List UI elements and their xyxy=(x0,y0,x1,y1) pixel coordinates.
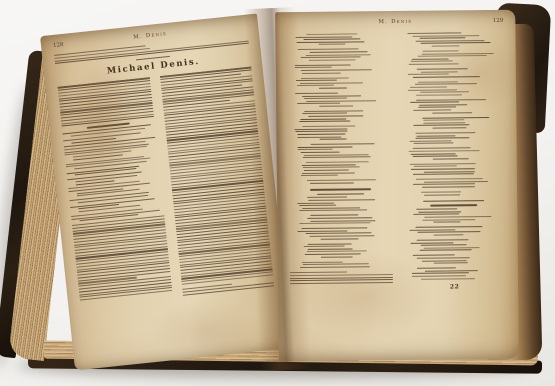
poem-title-bar xyxy=(423,200,485,202)
text-block xyxy=(159,67,273,285)
right-running-header: M. Denis 129 xyxy=(287,18,503,30)
right-page: M. Denis 129 22 xyxy=(275,10,519,361)
left-page-number: 128 xyxy=(53,41,76,49)
signature-mark: 22 xyxy=(403,282,506,290)
left-page-column-1 xyxy=(57,78,175,336)
left-header-spacer xyxy=(225,27,247,29)
right-page-column-2: 22 xyxy=(400,32,506,353)
verse-block xyxy=(289,196,393,267)
footnote-block xyxy=(290,274,393,285)
verse-block xyxy=(402,208,506,279)
footnote-rule xyxy=(290,271,347,273)
right-running-title: M. Denis xyxy=(378,19,412,25)
bibliography-list xyxy=(62,124,163,222)
right-page-number: 129 xyxy=(481,18,503,24)
book-photo: 128 M. Denis Michael Denis. M. Denis xyxy=(0,0,555,386)
verse-block xyxy=(287,33,392,184)
poem-subtitle-bar xyxy=(317,193,364,195)
left-page-column-2 xyxy=(159,67,277,325)
left-page: 128 M. Denis Michael Denis. xyxy=(40,14,292,371)
verse-block xyxy=(400,32,505,196)
right-page-column-1 xyxy=(287,33,393,354)
poem-title-bar xyxy=(310,188,372,190)
text-block xyxy=(57,78,153,127)
poem-subtitle-bar xyxy=(430,204,477,206)
left-page-columns xyxy=(57,67,277,336)
right-page-columns: 22 xyxy=(287,32,506,354)
left-running-title: M. Denis xyxy=(133,31,167,41)
text-block xyxy=(72,215,172,300)
